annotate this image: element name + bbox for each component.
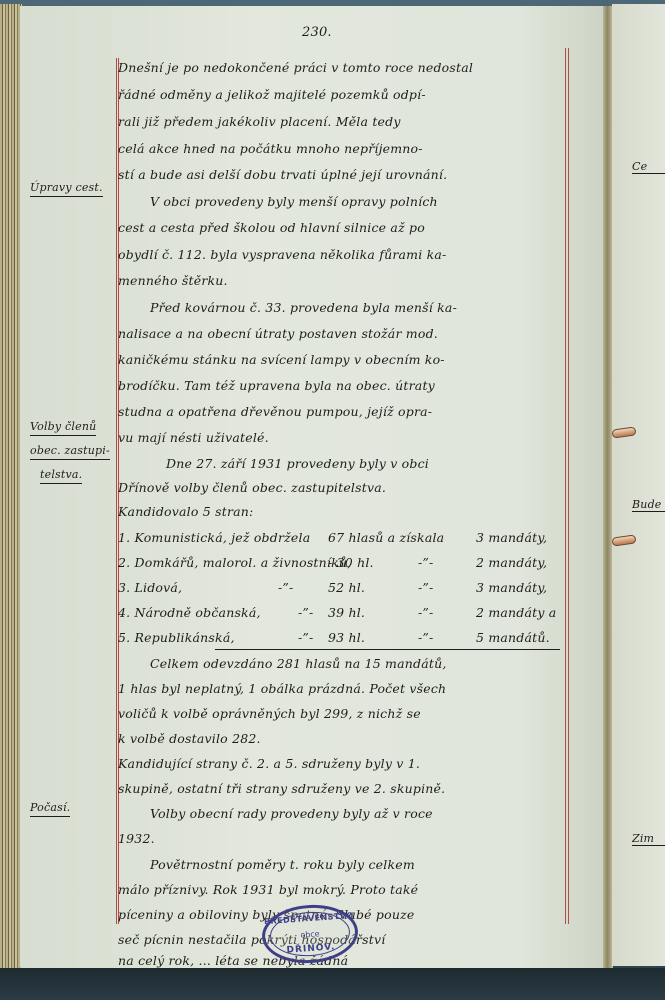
margin-note-elections-2: obec. zastupi- bbox=[30, 443, 110, 460]
text-line: brodíčku. Tam též upravena byla na obec.… bbox=[118, 374, 568, 398]
election-result-row: 2. Domkářů, malorol. a živnostníků, - 30… bbox=[118, 551, 568, 575]
text-line: Kandidující strany č. 2. a 5. sdruženy b… bbox=[118, 752, 568, 776]
text-line: celá akce hned na počátku mnoho nepříjem… bbox=[118, 137, 568, 161]
text-line: V obci provedeny byly menší opravy polní… bbox=[118, 190, 568, 214]
text-line: Volby obecní rady provedeny byly až v ro… bbox=[118, 802, 568, 826]
text-line: rali již předem jakékoliv placení. Měla … bbox=[118, 110, 568, 134]
book-page-edges bbox=[0, 4, 22, 972]
ditto-mark: -”- bbox=[278, 576, 293, 600]
text-line: kaničkému stánku na svícení lampy v obec… bbox=[118, 348, 568, 372]
text-line: Dne 27. září 1931 provedeny byly v obci bbox=[118, 452, 568, 476]
text-line: Kandidovalo 5 stran: bbox=[118, 500, 568, 524]
text-line: stí a bude asi delší dobu trvati úplné j… bbox=[118, 163, 568, 187]
party-mandates: 5 mandátů. bbox=[476, 626, 550, 650]
party-mandates: 2 mandáty a bbox=[476, 601, 556, 625]
text-line: Před kovárnou č. 33. provedena byla menš… bbox=[118, 296, 568, 320]
text-line: nalisace a na obecní útraty postaven sto… bbox=[118, 322, 568, 346]
text-line: Dnešní je po nedokončené práci v tomto r… bbox=[118, 56, 568, 80]
party-mandates: 3 mandáty, bbox=[476, 526, 547, 550]
party-votes: 39 hl. bbox=[328, 601, 365, 625]
text-line: Dřínově volby členů obec. zastupitelstva… bbox=[118, 476, 568, 500]
margin-note-elections-1: Volby členů bbox=[30, 419, 96, 436]
party-name: 1. Komunistická, jež obdržela bbox=[118, 526, 310, 550]
text-line: menného štěrku. bbox=[118, 269, 568, 293]
next-page-fragment: Bude bbox=[632, 498, 665, 512]
next-page-edge bbox=[612, 4, 665, 966]
ditto-mark: -”- bbox=[418, 601, 433, 625]
total-underline bbox=[215, 649, 560, 650]
text-line: obydlí č. 112. byla vyspravena několika … bbox=[118, 243, 568, 267]
text-line: na celý rok, ... léta se nebyla žádná bbox=[118, 952, 568, 970]
election-result-row: 3. Lidová, -”- 52 hl. -”- 3 mandáty, bbox=[118, 576, 568, 600]
text-line: 1932. bbox=[118, 827, 568, 851]
ditto-mark: -”- bbox=[298, 601, 313, 625]
text-line: studna a opatřena dřevěnou pumpou, jejíž… bbox=[118, 400, 568, 424]
background-bottom bbox=[0, 968, 665, 1000]
text-line: cest a cesta před školou od hlavní silni… bbox=[118, 216, 568, 240]
ditto-mark: -”- bbox=[418, 551, 433, 575]
party-mandates: 2 mandáty, bbox=[476, 551, 547, 575]
party-votes: 67 hlasů a získala bbox=[328, 526, 444, 550]
text-line: Povětrnostní poměry t. roku byly celkem bbox=[118, 853, 568, 877]
page-number: 230. bbox=[302, 25, 332, 40]
next-page-fragment: Zim bbox=[632, 832, 665, 846]
text-line: k volbě dostavilo 282. bbox=[118, 727, 568, 751]
party-name: 3. Lidová, bbox=[118, 576, 182, 600]
election-result-row: 4. Národně občanská, -”- 39 hl. -”- 2 ma… bbox=[118, 601, 568, 625]
text-line: voličů k volbě oprávněných byl 299, z ni… bbox=[118, 702, 568, 726]
ditto-mark: -”- bbox=[418, 626, 433, 650]
party-votes: 93 hl. bbox=[328, 626, 365, 650]
margin-note-roads: Úpravy cest. bbox=[30, 180, 103, 197]
margin-note-weather: Počasí. bbox=[30, 800, 70, 817]
party-name: 4. Národně občanská, bbox=[118, 601, 261, 625]
party-votes: 52 hl. bbox=[328, 576, 365, 600]
text-line: 1 hlas byl neplatný, 1 obálka prázdná. P… bbox=[118, 677, 568, 701]
party-name: 5. Republikánská, bbox=[118, 626, 235, 650]
party-mandates: 3 mandáty, bbox=[476, 576, 547, 600]
election-result-row: 5. Republikánská, -”- 93 hl. -”- 5 mandá… bbox=[118, 626, 568, 650]
text-line: Celkem odevzdáno 281 hlasů na 15 mandátů… bbox=[118, 652, 568, 676]
margin-note-elections-3: telstva. bbox=[40, 467, 82, 484]
book-photo: 230. Úpravy cest. Volby členů obec. zast… bbox=[0, 0, 665, 1000]
party-name: 2. Domkářů, malorol. a živnostníků, bbox=[118, 551, 351, 575]
ditto-mark: -”- bbox=[418, 576, 433, 600]
election-result-row: 1. Komunistická, jež obdržela 67 hlasů a… bbox=[118, 526, 568, 550]
text-line: skupině, ostatní tři strany sdruženy ve … bbox=[118, 777, 568, 801]
text-line: řádné odměny a jelikož majitelé pozemků … bbox=[118, 83, 568, 107]
text-line: vu mají nésti uživatelé. bbox=[118, 426, 568, 450]
text-line: málo příznivy. Rok 1931 byl mokrý. Proto… bbox=[118, 878, 568, 902]
party-votes: - 30 hl. bbox=[328, 551, 374, 575]
ditto-mark: -”- bbox=[298, 626, 313, 650]
next-page-fragment: Ce bbox=[632, 160, 665, 174]
